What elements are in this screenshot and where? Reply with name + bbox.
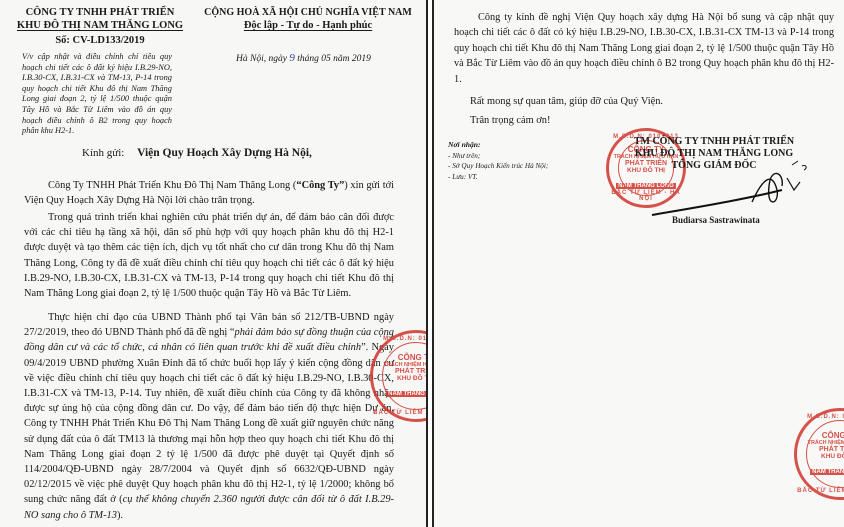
document-number: Số: CV-LD133/2019 (0, 34, 200, 47)
signature-line1: TM CÔNG TY TNHH PHÁT TRIỂN (594, 136, 834, 148)
company-name-line1: CÔNG TY TNHH PHÁT TRIỂN (0, 6, 200, 19)
date-suffix: tháng 05 năm 2019 (295, 54, 371, 64)
paragraph-proposal: Thực hiện chỉ đạo của UBND Thành phố tại… (24, 310, 394, 523)
national-header: CỘNG HOÀ XÃ HỘI CHỦ NGHĨA VIỆT NAM Độc l… (190, 6, 426, 32)
paragraph-greeting: Công Ty TNHH Phát Triển Khu Đô Thị Nam T… (24, 178, 394, 208)
document-date: Hà Nội, ngày 9 tháng 05 năm 2019 (236, 52, 371, 64)
closing-line-2: Trân trọng cảm ơn! (470, 115, 550, 126)
stamp-text: PHÁT TRIỂN (373, 368, 428, 375)
signer-name: Budiarsa Sastrawinata (672, 215, 760, 225)
recipients-title: Nơi nhận: (448, 140, 548, 151)
nation-title: CỘNG HOÀ XÃ HỘI CHỦ NGHĨA VIỆT NAM (190, 6, 426, 19)
document-subject: V/v cập nhật và điều chỉnh chỉ tiêu quy … (22, 52, 172, 137)
stamp-text: KHU ĐÔ THỊ (797, 453, 844, 460)
letter-page-1: CÔNG TY TNHH PHÁT TRIỂN KHU ĐÔ THỊ NAM T… (0, 0, 428, 527)
paragraph-text: Trong quá trình triển khai nghiên cứu ph… (24, 212, 394, 299)
stamp-text: KHU ĐÔ THỊ (373, 375, 428, 382)
date-prefix: Hà Nội, ngày (236, 54, 289, 64)
salutation: Kính gửi: Viện Quy Hoạch Xây Dựng Hà Nội… (82, 147, 312, 159)
stamp-text: NAM THĂNG LONG (386, 391, 428, 397)
paragraph-background: Trong quá trình triển khai nghiên cứu ph… (24, 210, 394, 301)
letter-page-2: Công ty kính đề nghị Viện Quy hoạch xây … (432, 0, 844, 527)
stamp-text: CÔNG TY (797, 431, 844, 440)
stamp-ring-text: BẮC TỪ LIÊM - HÀ NỘI (373, 410, 428, 416)
paragraph-text: ”. Ngày 09/4/2019 UBND phường Xuân Đỉnh … (24, 342, 394, 505)
recipients-list: Nơi nhận: - Như trên; - Sở Quy Hoạch Kiế… (448, 140, 548, 182)
paragraph-text: Công Ty TNHH Phát Triển Khu Đô Thị Nam T… (48, 180, 296, 191)
signature-line2: KHU ĐÔ THỊ NAM THĂNG LONG (594, 148, 834, 160)
stamp-ring-text: M.S.D.N: 0101013 (797, 414, 844, 420)
company-alias: “Công Ty” (296, 180, 344, 191)
stamp-text: NAM THĂNG LONG (810, 469, 844, 475)
stamp-ring-text: BẮC TỪ LIÊM - HÀ NỘI (797, 488, 844, 494)
stamp-text: CÔNG TY (373, 353, 428, 362)
stamp-text: PHÁT TRIỂN (797, 446, 844, 453)
paragraph-request: Công ty kính đề nghị Viện Quy hoạch xây … (454, 10, 834, 87)
company-seal-stamp-partial: M.S.D.N: 0101013 CÔNG TY TRÁCH NHIỆM HỮU… (794, 408, 844, 500)
handwritten-signature-icon (632, 160, 812, 220)
recipient-item: - Lưu: VT. (448, 172, 548, 183)
stamp-ring-text: M.S.D.N: 0101013 (373, 336, 428, 342)
national-motto: Độc lập - Tự do - Hạnh phúc (190, 19, 426, 32)
salutation-label: Kính gửi: (82, 147, 124, 159)
company-name-line2: KHU ĐÔ THỊ NAM THĂNG LONG (0, 19, 200, 32)
paragraph-text: ). (117, 510, 123, 521)
closing-line-1: Rất mong sự quan tâm, giúp đỡ của Quý Vi… (470, 96, 663, 107)
recipient-item: - Sở Quy Hoạch Kiến trúc Hà Nội; (448, 161, 548, 172)
paragraph-text: Công ty kính đề nghị Viện Quy hoạch xây … (454, 12, 834, 85)
recipient-item: - Như trên; (448, 151, 548, 162)
company-header: CÔNG TY TNHH PHÁT TRIỂN KHU ĐÔ THỊ NAM T… (0, 6, 200, 47)
salutation-recipient: Viện Quy Hoạch Xây Dựng Hà Nội, (137, 147, 312, 159)
